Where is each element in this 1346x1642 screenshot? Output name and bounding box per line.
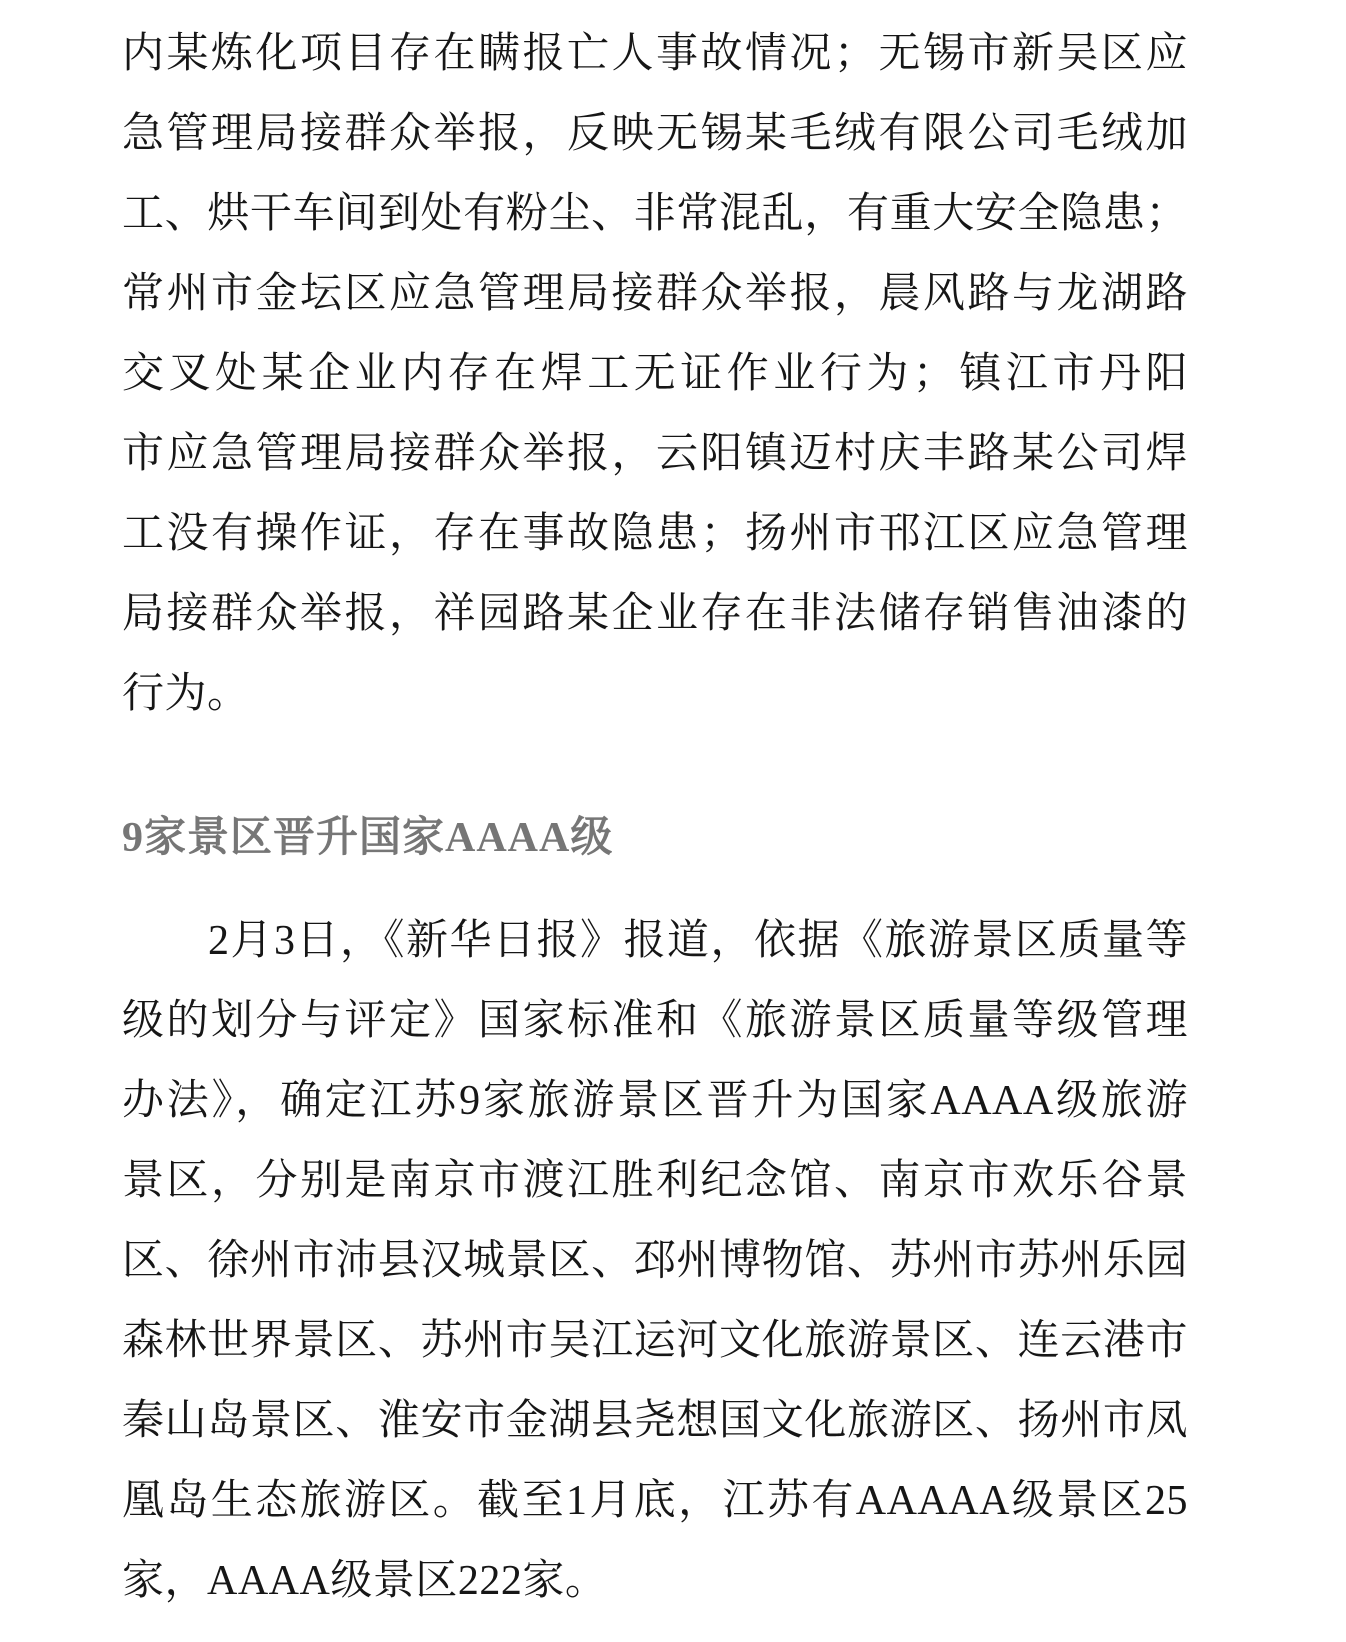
text-line: 秦山岛景区、淮安市金湖县尧想国文化旅游区、扬州市凤 [122, 1381, 1188, 1461]
text-line: 工没有操作证，存在事故隐患；扬州市邗江区应急管理 [122, 494, 1188, 574]
text-line: 级的划分与评定》国家标准和《旅游景区质量等级管理 [122, 981, 1188, 1061]
section-heading: 9家景区晋升国家AAAA级 [122, 810, 1188, 866]
text-line: 景区，分别是南京市渡江胜利纪念馆、南京市欢乐谷景 [122, 1141, 1188, 1221]
text-line: 常州市金坛区应急管理局接群众举报，晨风路与龙湖路 [122, 254, 1188, 334]
text-line: 内某炼化项目存在瞒报亡人事故情况；无锡市新吴区应 [122, 14, 1188, 94]
text-line: 办法》，确定江苏9家旅游景区晋升为国家AAAA级旅游 [122, 1061, 1188, 1141]
text-line: 2月3日，《新华日报》报道，依据《旅游景区质量等 [122, 901, 1188, 981]
paragraph-safety-reports: 内某炼化项目存在瞒报亡人事故情况；无锡市新吴区应 急管理局接群众举报，反映无锡某… [122, 14, 1188, 734]
document-page: 内某炼化项目存在瞒报亡人事故情况；无锡市新吴区应 急管理局接群众举报，反映无锡某… [0, 0, 1346, 1642]
text-line: 行为。 [122, 654, 1188, 734]
text-line: 急管理局接群众举报，反映无锡某毛绒有限公司毛绒加 [122, 94, 1188, 174]
text-line: 家，AAAA级景区222家。 [122, 1541, 1188, 1621]
paragraph-scenic-areas: 2月3日，《新华日报》报道，依据《旅游景区质量等 级的划分与评定》国家标准和《旅… [122, 901, 1188, 1621]
text-line: 市应急管理局接群众举报，云阳镇迈村庆丰路某公司焊 [122, 414, 1188, 494]
text-line: 凰岛生态旅游区。截至1月底，江苏有AAAAA级景区25 [122, 1461, 1188, 1541]
text-line: 区、徐州市沛县汉城景区、邳州博物馆、苏州市苏州乐园 [122, 1221, 1188, 1301]
text-line: 工、烘干车间到处有粉尘、非常混乱，有重大安全隐患； [122, 174, 1188, 254]
text-line: 交叉处某企业内存在焊工无证作业行为；镇江市丹阳 [122, 334, 1188, 414]
text-line: 局接群众举报，祥园路某企业存在非法储存销售油漆的 [122, 574, 1188, 654]
text-line: 森林世界景区、苏州市吴江运河文化旅游景区、连云港市 [122, 1301, 1188, 1381]
